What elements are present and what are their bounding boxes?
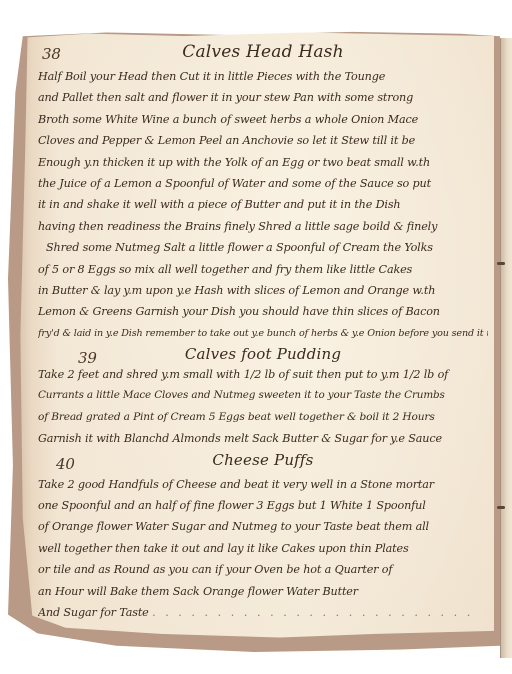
recipe-body: Take 2 feet and shred y.m small with 1/2… [38,364,488,450]
recipe-title: Calves foot Pudding [38,344,488,365]
text-line: of 5 or 8 Eggs so mix all well together … [38,259,488,280]
text-line-final: And Sugar for Taste [38,606,149,619]
text-line: and Pallet then salt and flower it in yo… [38,87,488,108]
text-line: Enough y.n thicken it up with the Yolk o… [38,152,488,173]
text-line: having then readiness the Brains finely … [38,216,488,237]
recipe-body: Half Boil your Head then Cut it in littl… [38,66,488,344]
recipe-heading: 40 Cheese Puffs [38,450,488,474]
text-line: Take 2 good Handfuls of Cheese and beat … [38,474,488,495]
recipe-heading: 39 Calves foot Pudding [38,344,488,364]
text-line: Take 2 feet and shred y.m small with 1/2… [38,364,488,385]
text-line: Lemon & Greens Garnish your Dish you sho… [38,301,488,322]
text-line: Half Boil your Head then Cut it in littl… [38,66,488,87]
recipe-title: Calves Head Hash [38,42,488,63]
book-binding [500,38,512,658]
text-line: in Butter & lay y.m upon y.e Hash with s… [38,280,488,301]
text-line: fry'd & laid in y.e Dish remember to tak… [38,323,488,344]
manuscript-photo: 38 Calves Head Hash Half Boil your Head … [0,0,512,674]
text-line: Shred some Nutmeg Salt a little flower a… [38,237,488,258]
text-line: of Bread grated a Pint of Cream 5 Eggs b… [38,407,488,428]
text-line: one Spoonful and an half of fine flower … [38,495,488,516]
text-line: it in and shake it well with a piece of … [38,194,488,215]
text-line: Cloves and Pepper & Lemon Peel an Anchov… [38,130,488,151]
recipe-body: Take 2 good Handfuls of Cheese and beat … [38,474,488,624]
text-line: Garnish it with Blanchd Almonds melt Sac… [38,428,488,449]
text-line: well together then take it out and lay i… [38,538,488,559]
text-line: the Juice of a Lemon a Spoonful of Water… [38,173,488,194]
text-line: Broth some White Wine a bunch of sweet h… [38,109,488,130]
text-line: Currants a little Mace Cloves and Nutmeg… [38,385,488,406]
page-text: 38 Calves Head Hash Half Boil your Head … [38,42,488,623]
text-line: of Orange flower Water Sugar and Nutmeg … [38,516,488,537]
text-line: or tile and as Round as you can if your … [38,559,488,580]
binding-stitch [497,262,505,265]
binding-stitch [497,506,505,509]
text-line: And Sugar for Taste . . . . . . . . . . … [38,602,488,623]
recipe-heading: 38 Calves Head Hash [38,42,488,66]
recipe-title: Cheese Puffs [38,450,488,471]
text-line: an Hour will Bake them Sack Orange flowe… [38,581,488,602]
trailing-dots: . . . . . . . . . . . . . . . . . . . . … [152,606,473,619]
